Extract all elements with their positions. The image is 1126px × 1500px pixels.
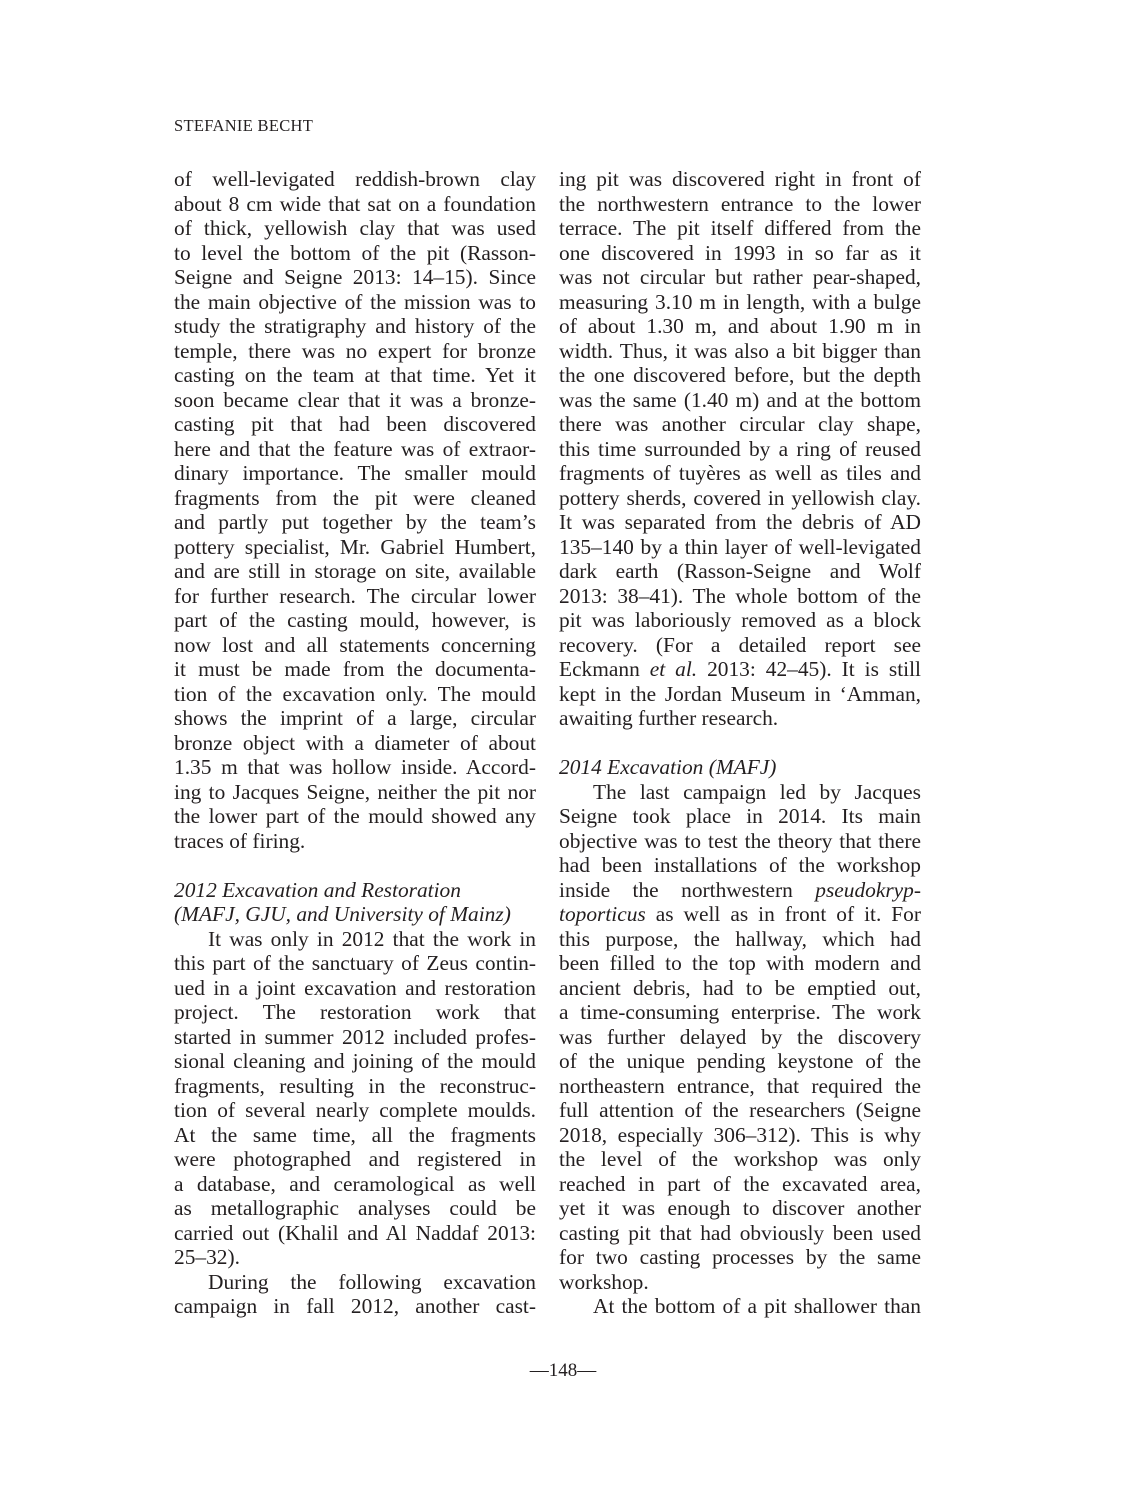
text-segment: as well as in front of it. For bbox=[646, 902, 921, 926]
text-line: there was another circular clay shape, bbox=[559, 412, 921, 437]
text-line: fragments of tuyères as well as tiles an… bbox=[559, 461, 921, 486]
text-line: study the stratigraphy and history of th… bbox=[174, 314, 536, 339]
left-column: of well-levigated reddish-brown clay abo… bbox=[174, 167, 536, 1319]
text-line: temple, there was no expert for bronze bbox=[174, 339, 536, 364]
text-line: for further research. The circular lower bbox=[174, 584, 536, 609]
text-line: were photographed and registered in bbox=[174, 1147, 536, 1172]
section-heading-2014: 2014 Excavation (MAFJ) bbox=[559, 755, 921, 780]
text-line: traces of firing. bbox=[174, 829, 536, 854]
text-line: the main objective of the mission was to bbox=[174, 290, 536, 315]
text-line: kept in the Jordan Museum in ‘Amman, bbox=[559, 682, 921, 707]
right-column: ing pit was discovered right in front of… bbox=[559, 167, 921, 1319]
text-line: was further delayed by the discovery bbox=[559, 1025, 921, 1050]
text-line: northeastern entrance, that required the bbox=[559, 1074, 921, 1099]
text-line: workshop. bbox=[559, 1270, 921, 1295]
text-line: dinary importance. The smaller mould bbox=[174, 461, 536, 486]
text-line: of well-levigated reddish-brown clay bbox=[174, 167, 536, 192]
italic-term: toporticus bbox=[559, 902, 646, 926]
text-line: The last campaign led by Jacques bbox=[559, 780, 921, 805]
text-line: one discovered in 1993 in so far as it bbox=[559, 241, 921, 266]
text-line: casting pit that had obviously been used bbox=[559, 1221, 921, 1246]
text-line: measuring 3.10 m in length, with a bulge bbox=[559, 290, 921, 315]
text-line: the lower part of the mould showed any bbox=[174, 804, 536, 829]
text-line: campaign in fall 2012, another cast- bbox=[174, 1294, 536, 1319]
text-line: soon became clear that it was a bronze- bbox=[174, 388, 536, 413]
text-line: 2018, especially 306–312). This is why bbox=[559, 1123, 921, 1148]
section-gap bbox=[174, 853, 536, 878]
text-line: had been installations of the workshop bbox=[559, 853, 921, 878]
text-line: was the same (1.40 m) and at the bottom bbox=[559, 388, 921, 413]
text-line: and are still in storage on site, availa… bbox=[174, 559, 536, 584]
text-line: of thick, yellowish clay that was used bbox=[174, 216, 536, 241]
text-line: objective was to test the theory that th… bbox=[559, 829, 921, 854]
text-line: and partly put together by the team’s bbox=[174, 510, 536, 535]
text-line: sional cleaning and joining of the mould bbox=[174, 1049, 536, 1074]
text-line: It was separated from the debris of AD bbox=[559, 510, 921, 535]
text-line: full attention of the researchers (Seign… bbox=[559, 1098, 921, 1123]
text-line: to level the bottom of the pit (Rasson- bbox=[174, 241, 536, 266]
text-line: 135–140 by a thin layer of well-levigate… bbox=[559, 535, 921, 560]
text-line: dark earth (Rasson-Seigne and Wolf bbox=[559, 559, 921, 584]
text-line: pottery sherds, covered in yellowish cla… bbox=[559, 486, 921, 511]
text-line: ancient debris, had to be emptied out, bbox=[559, 976, 921, 1001]
text-line: here and that the feature was of extraor… bbox=[174, 437, 536, 462]
text-line: ued in a joint excavation and restoratio… bbox=[174, 976, 536, 1001]
text-line: this part of the sanctuary of Zeus conti… bbox=[174, 951, 536, 976]
text-line: this purpose, the hallway, which had bbox=[559, 927, 921, 952]
text-line: the one discovered before, but the depth bbox=[559, 363, 921, 388]
text-line: been filled to the top with modern and bbox=[559, 951, 921, 976]
text-line: width. Thus, it was also a bit bigger th… bbox=[559, 339, 921, 364]
text-line: At the same time, all the fragments bbox=[174, 1123, 536, 1148]
section-heading-2012: 2012 Excavation and Restoration bbox=[174, 878, 536, 903]
text-line: of about 1.30 m, and about 1.90 m in bbox=[559, 314, 921, 339]
text-line: ing to Jacques Seigne, neither the pit n… bbox=[174, 780, 536, 805]
text-line: carried out (Khalil and Al Naddaf 2013: bbox=[174, 1221, 536, 1246]
text-line: pottery specialist, Mr. Gabriel Humbert, bbox=[174, 535, 536, 560]
citation-author: Eckmann bbox=[559, 657, 650, 681]
text-line: casting pit that had been discovered bbox=[174, 412, 536, 437]
text-line: shows the imprint of a large, circular bbox=[174, 706, 536, 731]
text-line-eckmann: Eckmann et al. 2013: 42–45). It is still bbox=[559, 657, 921, 682]
text-line: bronze object with a diameter of about bbox=[174, 731, 536, 756]
text-line: casting on the team at that time. Yet it bbox=[174, 363, 536, 388]
text-line: a time-consuming enterprise. The work bbox=[559, 1000, 921, 1025]
text-line: pit was laboriously removed as a block bbox=[559, 608, 921, 633]
text-line: as metallographic analyses could be bbox=[174, 1196, 536, 1221]
text-line-pseudo-cont: toporticus as well as in front of it. Fo… bbox=[559, 902, 921, 927]
text-line: reached in part of the excavated area, bbox=[559, 1172, 921, 1197]
text-line: At the bottom of a pit shallower than bbox=[559, 1294, 921, 1319]
text-line: It was only in 2012 that the work in bbox=[174, 927, 536, 952]
text-line: started in summer 2012 included profes- bbox=[174, 1025, 536, 1050]
text-line: was not circular but rather pear-shaped, bbox=[559, 265, 921, 290]
page-number: —148— bbox=[0, 1360, 1126, 1382]
text-line: During the following excavation bbox=[174, 1270, 536, 1295]
text-line: tion of the excavation only. The mould bbox=[174, 682, 536, 707]
citation-rest: 2013: 42–45). It is still bbox=[697, 657, 921, 681]
text-line: now lost and all statements concerning bbox=[174, 633, 536, 658]
text-segment: inside the northwestern bbox=[559, 878, 815, 902]
text-line: the northwestern entrance to the lower bbox=[559, 192, 921, 217]
text-line: 1.35 m that was hollow inside. Accord- bbox=[174, 755, 536, 780]
text-line: ing pit was discovered right in front of bbox=[559, 167, 921, 192]
text-line: for two casting processes by the same bbox=[559, 1245, 921, 1270]
italic-term: pseudokryp- bbox=[815, 878, 921, 902]
text-line: it must be made from the documenta- bbox=[174, 657, 536, 682]
running-head-author: STEFANIE BECHT bbox=[174, 116, 313, 136]
text-line: Seigne took place in 2014. Its main bbox=[559, 804, 921, 829]
text-line: a database, and ceramological as well bbox=[174, 1172, 536, 1197]
text-line: tion of several nearly complete moulds. bbox=[174, 1098, 536, 1123]
text-line: terrace. The pit itself differed from th… bbox=[559, 216, 921, 241]
section-heading-2012-sub: (MAFJ, GJU, and University of Mainz) bbox=[174, 902, 536, 927]
text-line: of the unique pending keystone of the bbox=[559, 1049, 921, 1074]
text-line: fragments from the pit were cleaned bbox=[174, 486, 536, 511]
text-line: project. The restoration work that bbox=[174, 1000, 536, 1025]
text-line: recovery. (For a detailed report see bbox=[559, 633, 921, 658]
text-line: Seigne and Seigne 2013: 14–15). Since bbox=[174, 265, 536, 290]
text-line: the level of the workshop was only bbox=[559, 1147, 921, 1172]
text-line: awaiting further research. bbox=[559, 706, 921, 731]
text-line: 2013: 38–41). The whole bottom of the bbox=[559, 584, 921, 609]
citation-et-al: et al. bbox=[650, 657, 697, 681]
text-line: yet it was enough to discover another bbox=[559, 1196, 921, 1221]
text-line-pseudo: inside the northwestern pseudokryp- bbox=[559, 878, 921, 903]
text-line: fragments, resulting in the reconstruc- bbox=[174, 1074, 536, 1099]
text-line: 25–32). bbox=[174, 1245, 536, 1270]
section-gap bbox=[559, 731, 921, 756]
text-line: this time surrounded by a ring of reused bbox=[559, 437, 921, 462]
text-line: part of the casting mould, however, is bbox=[174, 608, 536, 633]
text-line: about 8 cm wide that sat on a foundation bbox=[174, 192, 536, 217]
